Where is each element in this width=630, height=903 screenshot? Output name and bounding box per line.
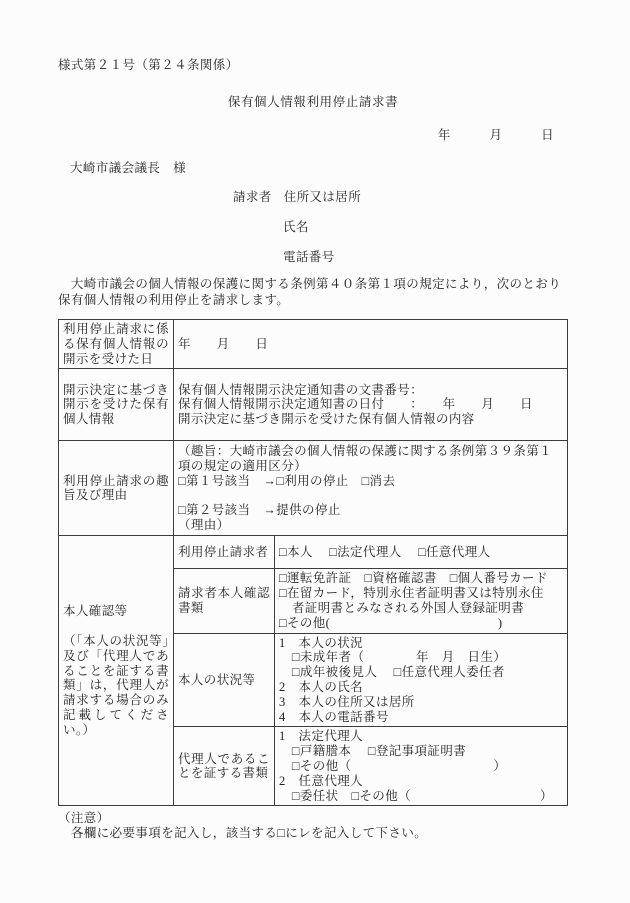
table-text-line: □その他（ ） bbox=[279, 759, 563, 774]
agent-proof-content: 1 法定代理人 □戸籍謄本 □登記事項証明書 □その他（ ）2 任意代理人 □委… bbox=[275, 727, 568, 806]
table-text-line: □本人 □法定代理人 □任意代理人 bbox=[279, 545, 563, 560]
requester-type-label: 利用停止請求者 bbox=[174, 536, 275, 569]
identity-label-main: 本人確認等 bbox=[63, 604, 169, 619]
row-purpose-reason: 利用停止請求の趣旨及び理由 （趣旨：大崎市議会の個人情報の保護に関する条例第３９… bbox=[59, 441, 568, 536]
row-disclosure-date: 利用停止請求に係る保有個人情報の開示を受けた日 年 月 日 bbox=[59, 320, 568, 369]
requester-row-phone: 電話番号 bbox=[283, 250, 568, 265]
principal-status-label: 本人の状況等 bbox=[174, 633, 275, 727]
request-table: 利用停止請求に係る保有個人情報の開示を受けた日 年 月 日 開示決定に基づき開示… bbox=[58, 319, 568, 806]
table-text-line: 保有個人情報開示決定通知書の文書番号： bbox=[178, 383, 563, 398]
table-text-line: 3 本人の住所又は居所 bbox=[279, 695, 563, 710]
table-text-line: □その他( ) bbox=[279, 616, 563, 631]
table-text-line: □在留カード，特別永住者証明書又は特別永住 bbox=[279, 586, 563, 601]
requester-field-name: 氏名 bbox=[283, 220, 309, 234]
notes-heading: （注意） bbox=[58, 811, 568, 826]
row-disclosed-info-content: 保有個人情報開示決定通知書の文書番号：保有個人情報開示決定通知書の日付 ： 年 … bbox=[174, 369, 568, 441]
table-text-line: 2 任意代理人 bbox=[279, 774, 563, 789]
table-text-line: （理由） bbox=[178, 518, 563, 533]
table-text-line: □運転免許証 □資格確認書 □個人番号カード bbox=[279, 571, 563, 586]
document-page: 様式第２１号（第２４条関係） 保有個人情報利用停止請求書 年 月 日 大崎市議会… bbox=[0, 0, 630, 903]
agent-proof-label: 代理人であることを証する書類 bbox=[174, 727, 275, 806]
table-text-line: 年 月 日 bbox=[178, 337, 563, 352]
identity-label-note: （「本人の状況等」及び「代理人であることを証する書類」は，代理人が請求する場合の… bbox=[63, 634, 169, 738]
table-text-line: 開示決定に基づき開示を受けた保有個人情報の内容 bbox=[178, 412, 563, 427]
row-disclosure-date-content: 年 月 日 bbox=[174, 320, 568, 369]
requester-type-content: □本人 □法定代理人 □任意代理人 bbox=[275, 536, 568, 569]
table-text-line: 項の規定の適用区分） bbox=[178, 459, 563, 474]
table-text-line: 1 法定代理人 bbox=[279, 729, 563, 744]
requester-row-name: 氏名 bbox=[283, 220, 568, 235]
row-purpose-reason-label: 利用停止請求の趣旨及び理由 bbox=[59, 441, 174, 536]
identity-section-label: 本人確認等 （「本人の状況等」及び「代理人であることを証する書類」は，代理人が請… bbox=[59, 536, 174, 806]
identity-documents-label: 請求者本人確認書類 bbox=[174, 569, 275, 633]
table-text-line: □成年被後見人 □任意代理人委任者 bbox=[279, 665, 563, 680]
table-text-line: □第１号該当 →□利用の停止 □消去 bbox=[178, 474, 563, 489]
requester-row-address: 請求者住所又は居所 bbox=[233, 190, 568, 205]
row-disclosed-info-label: 開示決定に基づき開示を受けた保有個人情報 bbox=[59, 369, 174, 441]
row-disclosed-info: 開示決定に基づき開示を受けた保有個人情報 保有個人情報開示決定通知書の文書番号：… bbox=[59, 369, 568, 441]
row-disclosure-date-label: 利用停止請求に係る保有個人情報の開示を受けた日 bbox=[59, 320, 174, 369]
table-text-line: □戸籍謄本 □登記事項証明書 bbox=[279, 744, 563, 759]
table-text-line: 2 本人の氏名 bbox=[279, 680, 563, 695]
table-text-line: □第２号該当 →提供の停止 bbox=[178, 503, 563, 518]
table-text-line: □委任状 □その他（ ） bbox=[279, 789, 563, 804]
principal-status-content: 1 本人の状況 □未成年者（ 年 月 日生） □成年被後見人 □任意代理人委任者… bbox=[275, 633, 568, 727]
table-text-line: 保有個人情報開示決定通知書の日付 ： 年 月 日 bbox=[178, 397, 563, 412]
date-blank: 年 月 日 bbox=[58, 128, 568, 143]
row-requester-type: 本人確認等 （「本人の状況等」及び「代理人であることを証する書類」は，代理人が請… bbox=[59, 536, 568, 569]
table-text-line: （趣旨：大崎市議会の個人情報の保護に関する条例第３９条第１ bbox=[178, 444, 563, 459]
page-title: 保有個人情報利用停止請求書 bbox=[58, 95, 568, 110]
row-purpose-reason-content: （趣旨：大崎市議会の個人情報の保護に関する条例第３９条第１項の規定の適用区分）□… bbox=[174, 441, 568, 536]
table-text-line: 4 本人の電話番号 bbox=[279, 710, 563, 725]
document-content: 様式第２１号（第２４条関係） 保有個人情報利用停止請求書 年 月 日 大崎市議会… bbox=[0, 0, 630, 841]
table-text-line bbox=[178, 488, 563, 503]
requester-field-phone: 電話番号 bbox=[283, 250, 335, 264]
table-text-line: 者証明書とみなされる外国人登録証明書 bbox=[279, 601, 563, 616]
table-text-line: 1 本人の状況 bbox=[279, 636, 563, 651]
requester-label: 請求者 bbox=[233, 190, 272, 204]
form-number: 様式第２１号（第２４条関係） bbox=[58, 58, 568, 73]
notes-body: 各欄に必要事項を記入し，該当する□にレを記入して下さい。 bbox=[58, 826, 568, 841]
identity-documents-content: □運転免許証 □資格確認書 □個人番号カード□在留カード，特別永住者証明書又は特… bbox=[275, 569, 568, 633]
intro-paragraph: 大崎市議会の個人情報の保護に関する条例第４０条第１項の規定により，次のとおり保有… bbox=[58, 277, 568, 308]
requester-field-address: 住所又は居所 bbox=[284, 190, 361, 204]
addressee: 大崎市議会議長 様 bbox=[70, 161, 568, 176]
table-text-line: □未成年者（ 年 月 日生） bbox=[279, 650, 563, 665]
